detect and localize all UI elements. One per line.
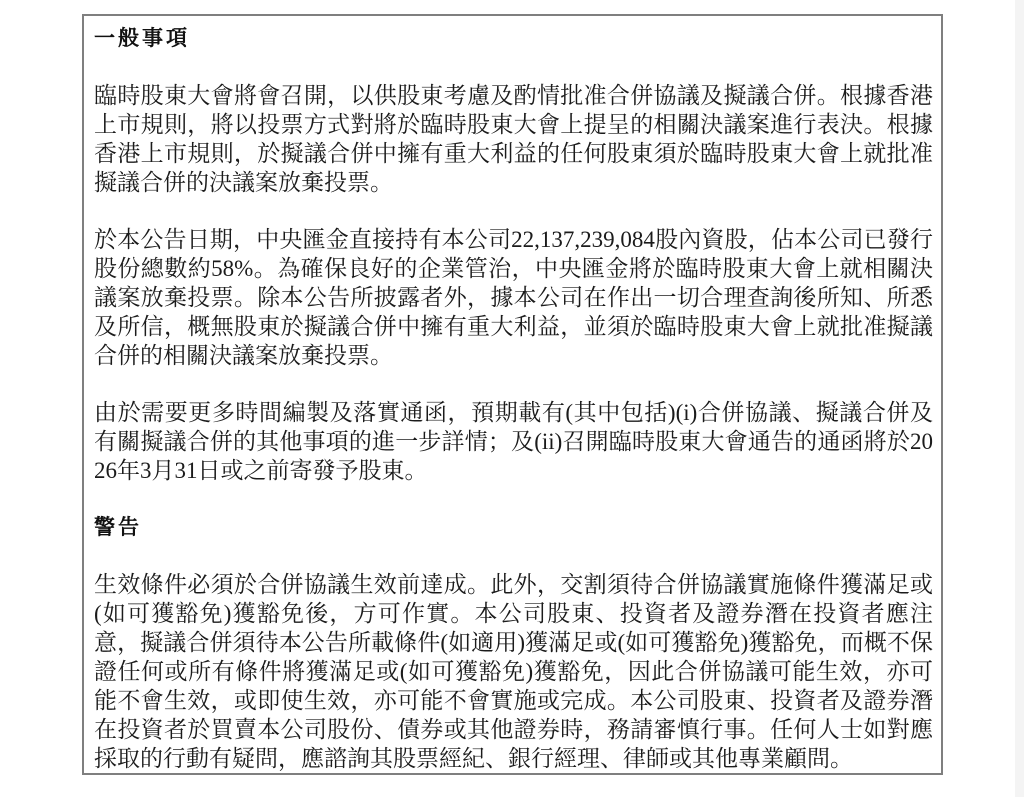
section-heading-general-matters: 一般事項: [94, 24, 933, 53]
paragraph-egm-voting: 臨時股東大會將會召開，以供股東考慮及酌情批准合併協議及擬議合併。根據香港上市規則…: [94, 81, 933, 197]
section-heading-warning: 警告: [94, 513, 933, 542]
paragraph-circular-despatch: 由於需要更多時間編製及落實通函，預期載有(其中包括)(i)合併協議、擬議合併及有…: [94, 398, 933, 485]
page-edge-strip: [1015, 0, 1024, 797]
document-page: 一般事項 臨時股東大會將會召開，以供股東考慮及酌情批准合併協議及擬議合併。根據香…: [0, 0, 1024, 797]
paragraph-warning: 生效條件必須於合併協議生效前達成。此外，交割須待合併協議實施條件獲滿足或(如可獲…: [94, 570, 933, 773]
paragraph-huijin-shareholding: 於本公告日期，中央匯金直接持有本公司22,137,239,084股內資股，佔本公…: [94, 225, 933, 370]
announcement-box: 一般事項 臨時股東大會將會召開，以供股東考慮及酌情批准合併協議及擬議合併。根據香…: [82, 14, 943, 775]
